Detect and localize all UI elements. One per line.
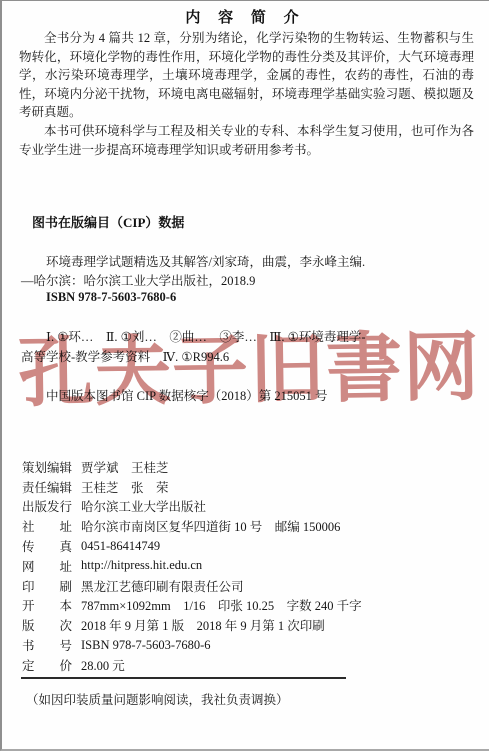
colophon-row-printer: 印 刷 黑龙江艺德印刷有限责任公司 (22, 576, 472, 596)
colophon-value: 0451-86414749 (81, 539, 160, 554)
cip-classification-line-1: Ⅰ. ①环… Ⅱ. ①刘… ②曲… ③李… Ⅲ. ①环境毒理学- (46, 327, 366, 345)
colophon-label: 出版发行 (22, 497, 75, 515)
colophon-label: 定 价 (22, 656, 75, 674)
cip-publisher-line: —哈尔滨：哈尔滨工业大学出版社，2018.9 (21, 271, 255, 289)
summary-paragraph-2: 本书可供环境科学与工程及相关专业的专科、本科学生复习使用，也可作为各专业学生进一… (19, 122, 474, 159)
colophon-value: 2018 年 9 月第 1 版 2018 年 9 月第 1 次印刷 (81, 616, 325, 634)
colophon-row-website: 网 址 http://hitpress.hit.edu.cn (22, 556, 472, 576)
divider (21, 677, 346, 679)
cip-classification-line-2: 高等学校-教学参考资料 Ⅳ. ①R994.6 (21, 347, 229, 365)
colophon-row-book-number: 书 号 ISBN 978-7-5603-7680-6 (22, 635, 472, 655)
colophon-value: ISBN 978-7-5603-7680-6 (81, 638, 211, 653)
quality-note: （如因印装质量问题影响阅读，我社负责调换） (26, 690, 289, 708)
colophon-table: 策划编辑 贾学斌 王桂芝 责任编辑 王桂芝 张 荣 出版发行 哈尔滨工业大学出版… (22, 457, 472, 675)
website-url: http://hitpress.hit.edu.cn (81, 558, 202, 573)
colophon-label: 传 真 (22, 537, 75, 555)
colophon-row-publisher: 出版发行 哈尔滨工业大学出版社 (22, 497, 472, 517)
colophon-value: 哈尔滨市南岗区复华四道街 10 号 邮编 150006 (81, 517, 340, 535)
page-title: 内 容 简 介 (2, 6, 489, 27)
colophon-row-format: 开 本 787mm×1092mm 1/16 印张 10.25 字数 240 千字 (22, 596, 472, 616)
cip-isbn-line: ISBN 978-7-5603-7680-6 (46, 290, 176, 305)
colophon-label: 书 号 (22, 636, 75, 654)
cip-record-number-line: 中国版本图书馆 CIP 数据核字（2018）第 215051 号 (46, 386, 328, 404)
summary-paragraph-1: 全书分为 4 篇共 12 章，分别为绪论，化学污染物的生物转运、生物蓄积与生物转… (19, 29, 474, 122)
colophon-label: 版 次 (22, 616, 75, 634)
colophon-row-price: 定 价 28.00 元 (22, 655, 472, 675)
colophon-row-planning-editor: 策划编辑 贾学斌 王桂芝 (22, 457, 472, 477)
colophon-label: 开 本 (22, 596, 75, 614)
colophon-row-edition: 版 次 2018 年 9 月第 1 版 2018 年 9 月第 1 次印刷 (22, 615, 472, 635)
colophon-value: 王桂芝 张 荣 (81, 478, 169, 496)
book-copyright-page: 内 容 简 介 全书分为 4 篇共 12 章，分别为绪论，化学污染物的生物转运、… (0, 0, 489, 751)
colophon-label: 印 刷 (22, 577, 75, 595)
colophon-row-responsible-editor: 责任编辑 王桂芝 张 荣 (22, 477, 472, 497)
colophon-label: 网 址 (22, 557, 75, 575)
colophon-value: 787mm×1092mm 1/16 印张 10.25 字数 240 千字 (81, 596, 362, 614)
colophon-label: 策划编辑 (22, 458, 75, 476)
colophon-value: 黑龙江艺德印刷有限责任公司 (81, 577, 244, 595)
content-summary: 全书分为 4 篇共 12 章，分别为绪论，化学污染物的生物转运、生物蓄积与生物转… (19, 29, 474, 159)
colophon-value: 28.00 元 (81, 656, 125, 674)
colophon-label: 社 址 (22, 517, 75, 535)
colophon-value: 哈尔滨工业大学出版社 (81, 497, 206, 515)
colophon-row-fax: 传 真 0451-86414749 (22, 536, 472, 556)
colophon-row-address: 社 址 哈尔滨市南岗区复华四道街 10 号 邮编 150006 (22, 516, 472, 536)
colophon-label: 责任编辑 (22, 478, 75, 496)
colophon-value: 贾学斌 王桂芝 (81, 458, 169, 476)
cip-book-title-line: 环境毒理学试题精选及其解答/刘家琦，曲震，李永峰主编. (46, 252, 365, 270)
cip-header: 图书在版编目（CIP）数据 (32, 212, 184, 231)
